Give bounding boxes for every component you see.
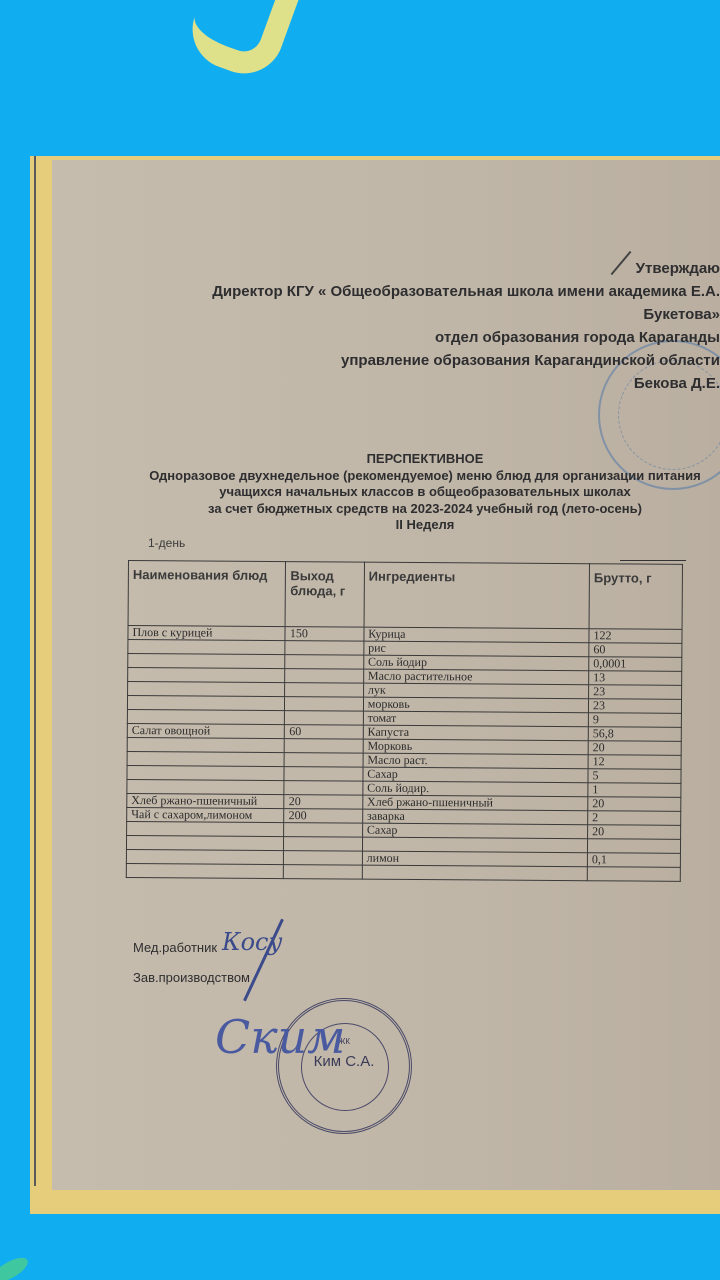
header-gross-weight: Брутто, г (589, 564, 682, 630)
cell-gross-weight: 5 (588, 769, 681, 784)
background-decoration-leaf (0, 1253, 31, 1280)
cell-portion-yield: 20 (284, 795, 362, 810)
cell-portion-yield (285, 683, 363, 698)
cell-ingredient: Масло растительное (363, 669, 588, 685)
cell-gross-weight: 23 (588, 699, 681, 714)
cell-dish-name: Салат овощной (127, 723, 285, 738)
header-ingredients: Ингредиенты (364, 562, 590, 629)
cell-ingredient (362, 865, 587, 881)
blank-underline (620, 560, 686, 561)
cell-gross-weight: 2 (588, 811, 681, 826)
cell-gross-weight: 56,8 (588, 727, 681, 742)
cell-dish-name (127, 765, 285, 780)
frame-edge (34, 156, 36, 1186)
cell-gross-weight: 13 (589, 671, 682, 686)
cell-portion-yield (285, 669, 363, 684)
cell-gross-weight: 122 (589, 629, 682, 644)
cell-gross-weight: 1 (588, 783, 681, 798)
cell-portion-yield: 200 (284, 809, 362, 824)
cell-gross-weight: 23 (589, 685, 682, 700)
cell-portion-yield (284, 823, 362, 838)
cell-dish-name (127, 737, 285, 752)
approval-block: Утверждаю Директор КГУ « Общеобразовател… (212, 257, 720, 395)
cell-dish-name (126, 849, 284, 864)
department-line: отдел образования города Караганды (212, 326, 720, 349)
cell-portion-yield (285, 655, 363, 670)
production-head-signature: Ским (215, 1010, 345, 1064)
cell-gross-weight: 0,1 (587, 853, 680, 868)
cell-portion-yield (285, 753, 363, 768)
cell-gross-weight: 0,0001 (589, 657, 682, 672)
cell-gross-weight: 60 (589, 643, 682, 658)
cell-portion-yield (284, 851, 362, 866)
cell-portion-yield (284, 865, 362, 880)
cell-dish-name (127, 696, 285, 711)
cell-portion-yield (284, 781, 362, 796)
cell-dish-name (128, 682, 286, 697)
cell-dish-name (128, 668, 286, 683)
cell-gross-weight: 12 (588, 755, 681, 770)
school-name-line: Букетова» (212, 303, 720, 326)
cell-gross-weight (587, 867, 680, 882)
title-heading: ПЕРСПЕКТИВНОЕ (130, 451, 720, 468)
administration-line: управление образования Карагандинской об… (212, 349, 720, 372)
cell-portion-yield (285, 739, 363, 754)
header-portion-yield: Выход блюда, г (285, 562, 364, 628)
menu-table: Наименования блюд Выход блюда, г Ингреди… (126, 560, 683, 882)
cell-dish-name (126, 863, 284, 878)
cell-dish-name: Чай с сахаром,лимоном (127, 807, 285, 822)
cell-dish-name (128, 640, 286, 655)
cell-dish-name: Плов с курицей (128, 626, 286, 641)
cell-gross-weight: 9 (588, 713, 681, 728)
week-label: II Неделя (130, 517, 720, 534)
cell-dish-name (127, 821, 285, 836)
cell-ingredient: лимон (362, 851, 587, 867)
med-worker-label: Мед.работник (133, 940, 217, 955)
cell-portion-yield (284, 837, 362, 852)
background-decoration-hook (181, 0, 302, 85)
cell-dish-name (126, 835, 284, 850)
cell-gross-weight (587, 839, 680, 854)
production-head-label: Зав.производством (133, 970, 250, 985)
document-title: ПЕРСПЕКТИВНОЕ Одноразовое двухнедельное … (130, 451, 720, 534)
cell-dish-name (128, 654, 286, 669)
table-header-row: Наименования блюд Выход блюда, г Ингреди… (128, 561, 682, 630)
cell-ingredient: Сахар (362, 823, 587, 839)
director-line: Директор КГУ « Общеобразовательная школа… (212, 280, 720, 303)
title-line-3: за счет бюджетных средств на 2023-2024 у… (130, 501, 720, 518)
cell-portion-yield (285, 641, 363, 656)
header-dish-name: Наименования блюд (128, 561, 286, 627)
cell-portion-yield (284, 767, 362, 782)
day-label: 1-день (148, 536, 185, 550)
cell-gross-weight: 20 (588, 741, 681, 756)
title-line-2: учащихся начальных классов в общеобразов… (130, 484, 720, 501)
signatory-name: Бекова Д.Е. (212, 372, 720, 395)
cell-dish-name (127, 751, 285, 766)
cell-gross-weight: 20 (588, 825, 681, 840)
cell-ingredient: Курица (364, 627, 589, 643)
cell-portion-yield: 150 (285, 627, 363, 642)
cell-portion-yield (285, 697, 363, 712)
cell-ingredient: морковь (363, 697, 588, 713)
approve-word: Утверждаю (212, 257, 720, 280)
cell-portion-yield (285, 711, 363, 726)
cell-portion-yield: 60 (285, 725, 363, 740)
title-line-1: Одноразовое двухнедельное (рекомендуемое… (130, 468, 720, 485)
cell-gross-weight: 20 (588, 797, 681, 812)
